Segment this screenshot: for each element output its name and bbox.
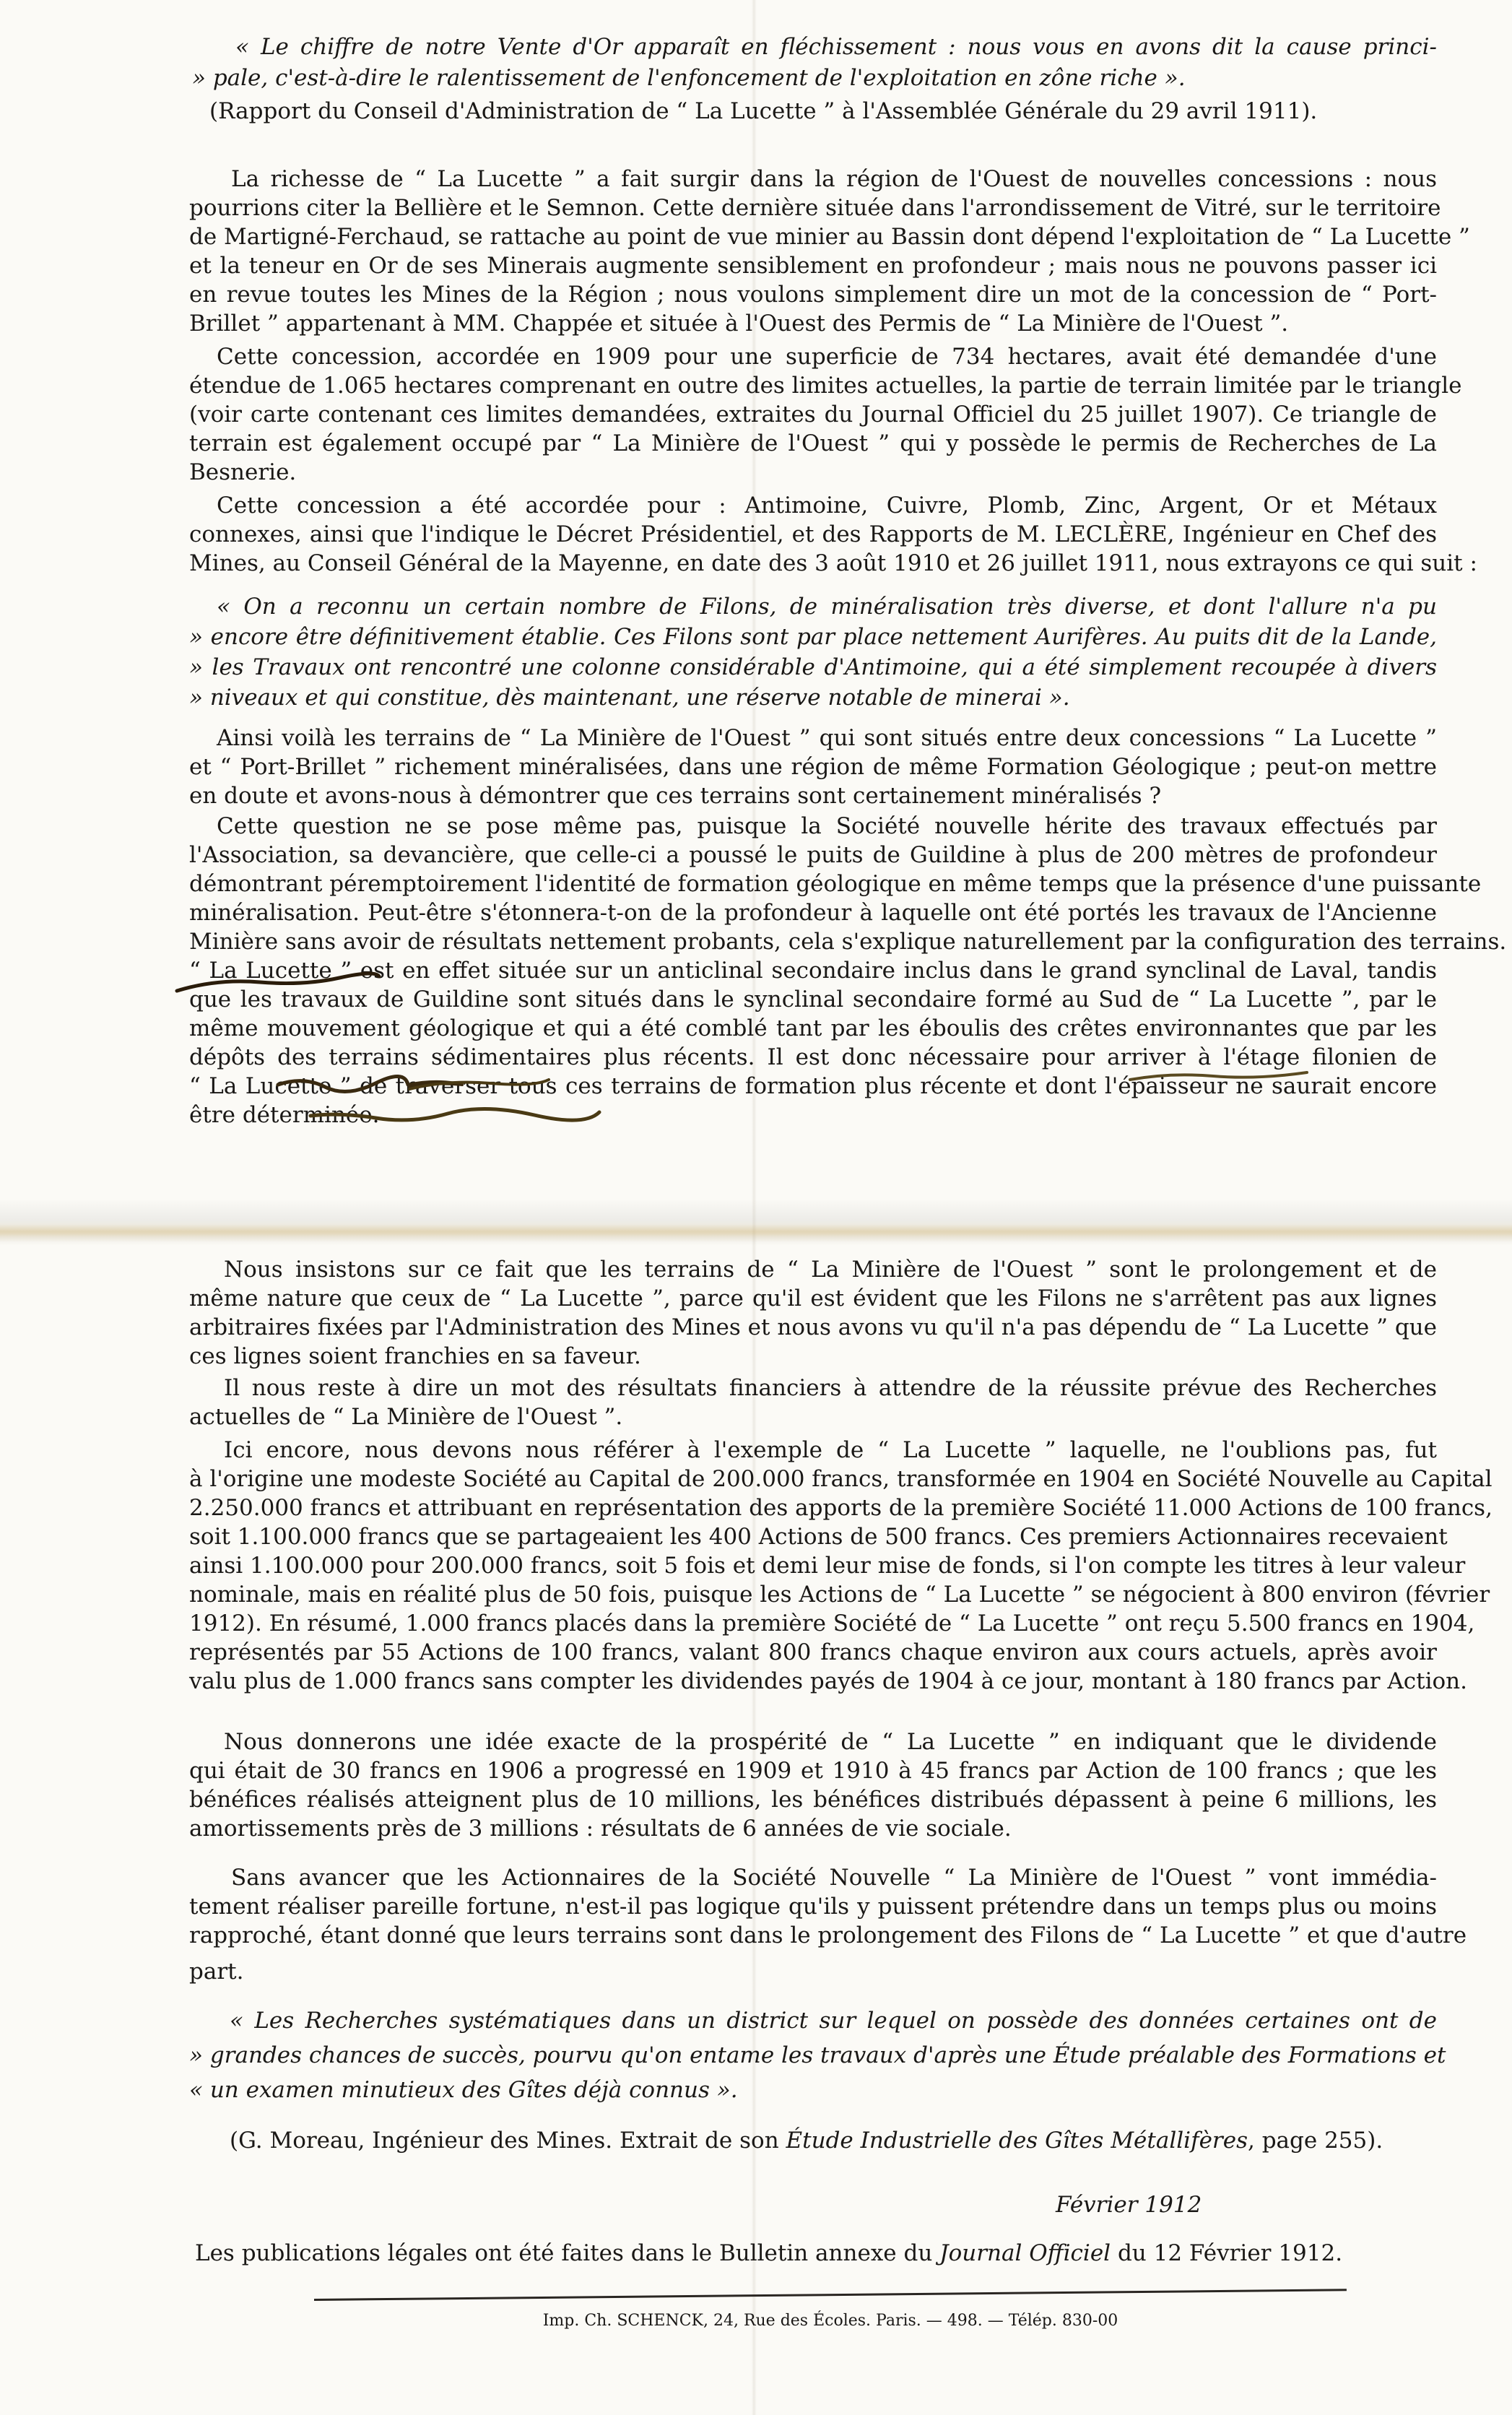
paragraph-line: être déterminée.	[189, 1101, 1437, 1130]
paragraph-line: 1912). En résumé, 1.000 francs placés da…	[189, 1609, 1437, 1638]
legal-notice-prefix: Les publications légales ont été faites …	[195, 2240, 939, 2266]
paragraph-line: Besnerie.	[189, 458, 1437, 487]
paragraph-line: part.	[189, 1957, 1437, 1986]
paragraph-line: “ La Lucette ” de traverser tous ces ter…	[189, 1072, 1437, 1101]
paragraph-line: représentés par 55 Actions de 100 francs…	[189, 1638, 1437, 1667]
paragraph-line: Sans avancer que les Actionnaires de la …	[231, 1863, 1437, 1892]
paragraph-line: ainsi 1.100.000 pour 200.000 francs, soi…	[189, 1551, 1437, 1580]
paragraph-line: (voir carte contenant ces limites demand…	[189, 400, 1437, 429]
legal-notice-journal: Journal Officiel	[939, 2240, 1111, 2266]
paragraph-line: et la teneur en Or de ses Minerais augme…	[189, 251, 1437, 280]
opening-quote-line: « Le chiffre de notre Vente d'Or apparaî…	[235, 32, 1437, 61]
opening-quote-citation: (Rapport du Conseil d'Administration de …	[209, 97, 1437, 126]
paragraph-line: 2.250.000 francs et attribuant en représ…	[189, 1493, 1437, 1522]
paragraph-line: Mines, au Conseil Général de la Mayenne,…	[189, 549, 1437, 578]
citation-title: Étude Industrielle des Gîtes Métallifère…	[786, 2128, 1248, 2154]
paragraph-line: ces lignes soient franchies en sa faveur…	[189, 1342, 1437, 1371]
paragraph-line: nominale, mais en réalité plus de 50 foi…	[189, 1580, 1437, 1609]
paragraph-line: l'Association, sa devancière, que celle-…	[189, 841, 1437, 870]
paragraph-line: en doute et avons-nous à démontrer que c…	[189, 781, 1437, 810]
paragraph-line: de Martigné-Ferchaud, se rattache au poi…	[189, 222, 1437, 251]
paragraph-line: Brillet ” appartenant à MM. Chappée et s…	[189, 309, 1437, 338]
paragraph-line: Nous insistons sur ce fait que les terra…	[224, 1255, 1437, 1284]
paragraph-line: Cette concession, accordée en 1909 pour …	[217, 342, 1437, 371]
paragraph-line: valu plus de 1.000 francs sans compter l…	[189, 1667, 1437, 1696]
legal-notice: Les publications légales ont été faites …	[195, 2239, 1437, 2268]
paragraph-line: bénéfices réalisés atteignent plus de 10…	[189, 1785, 1437, 1814]
printer-footer: Imp. Ch. SCHENCK, 24, Rue des Écoles. Pa…	[314, 2307, 1347, 2336]
paragraph-line: et “ Port-Brillet ” richement minéralisé…	[189, 753, 1437, 781]
paragraph-line: connexes, ainsi que l'indique le Décret …	[189, 520, 1437, 549]
paragraph-line: amortissements près de 3 millions : résu…	[189, 1814, 1437, 1843]
paragraph-line-underlined: démontrant péremptoirement l'identité de…	[189, 870, 1437, 898]
paragraph-line: dépôts des terrains sédimentaires plus r…	[189, 1043, 1437, 1072]
paragraph-line: terrain est également occupé par “ La Mi…	[189, 429, 1437, 458]
citation-suffix: , page 255).	[1248, 2128, 1383, 2154]
moreau-quote-line: « un examen minutieux des Gîtes déjà con…	[189, 2076, 1437, 2104]
moreau-quote-line: » grandes chances de succès, pourvu qu'o…	[189, 2041, 1437, 2070]
paragraph-line-underlined: que les travaux de Guildine sont situés …	[189, 985, 1437, 1014]
leclere-quote-line: » niveaux et qui constitue, dès maintena…	[189, 683, 1437, 712]
paragraph-line: soit 1.100.000 francs que se partageaien…	[189, 1522, 1437, 1551]
paragraph-line: Cette concession a été accordée pour : A…	[217, 491, 1437, 520]
document-page: « Le chiffre de notre Vente d'Or apparaî…	[0, 0, 1512, 2415]
paragraph-line: Ainsi voilà les terrains de “ La Minière…	[217, 724, 1437, 753]
moreau-quote-line: « Les Recherches systématiques dans un d…	[230, 2006, 1437, 2035]
paragraph-line: en revue toutes les Mines de la Région ;…	[189, 280, 1437, 309]
legal-notice-suffix: du 12 Février 1912.	[1111, 2240, 1342, 2266]
paragraph-line: qui était de 30 francs en 1906 a progres…	[189, 1756, 1437, 1785]
opening-quote-line: » pale, c'est-à-dire le ralentissement d…	[192, 64, 1437, 92]
paragraph-line: minéralisation. Peut-être s'étonnera-t-o…	[189, 898, 1437, 927]
paragraph-line: Nous donnerons une idée exacte de la pro…	[224, 1727, 1437, 1756]
leclere-quote-line: « On a reconnu un certain nombre de Filo…	[217, 592, 1437, 621]
paragraph-line: tement réaliser pareille fortune, n'est-…	[189, 1892, 1437, 1921]
paragraph-line: pourrions citer la Bellière et le Semnon…	[189, 194, 1437, 222]
footer-divider	[314, 2289, 1347, 2301]
paragraph-line: Ici encore, nous devons nous référer à l…	[224, 1436, 1437, 1465]
paper-fold-stain	[0, 1199, 1512, 1242]
paragraph-line: même nature que ceux de “ La Lucette ”, …	[189, 1284, 1437, 1313]
paragraph-line: Il nous reste à dire un mot des résultat…	[224, 1374, 1437, 1402]
leclere-quote-line: » encore être définitivement établie. Ce…	[189, 623, 1437, 651]
paragraph-line: arbitraires fixées par l'Administration …	[189, 1313, 1437, 1342]
moreau-citation: (G. Moreau, Ingénieur des Mines. Extrait…	[230, 2126, 1437, 2155]
paragraph-line: Cette question ne se pose même pas, puis…	[217, 812, 1437, 841]
paragraph-line: étendue de 1.065 hectares comprenant en …	[189, 371, 1437, 400]
paragraph-line: Minière sans avoir de résultats nettemen…	[189, 927, 1437, 956]
paragraph-line: rapproché, étant donné que leurs terrain…	[189, 1921, 1437, 1950]
paragraph-line-underlined: “ La Lucette ” est en effet située sur u…	[189, 956, 1437, 985]
paragraph-line: à l'origine une modeste Société au Capit…	[189, 1465, 1437, 1493]
paragraph-line: même mouvement géologique et qui a été c…	[189, 1014, 1437, 1043]
paragraph-line: La richesse de “ La Lucette ” a fait sur…	[231, 165, 1437, 194]
leclere-quote-line: » les Travaux ont rencontré une colonne …	[189, 653, 1437, 682]
paragraph-line: actuelles de “ La Minière de l'Ouest ”.	[189, 1402, 1437, 1431]
citation-prefix: (G. Moreau, Ingénieur des Mines. Extrait…	[230, 2128, 786, 2154]
document-date: Février 1912	[1056, 2190, 1344, 2219]
